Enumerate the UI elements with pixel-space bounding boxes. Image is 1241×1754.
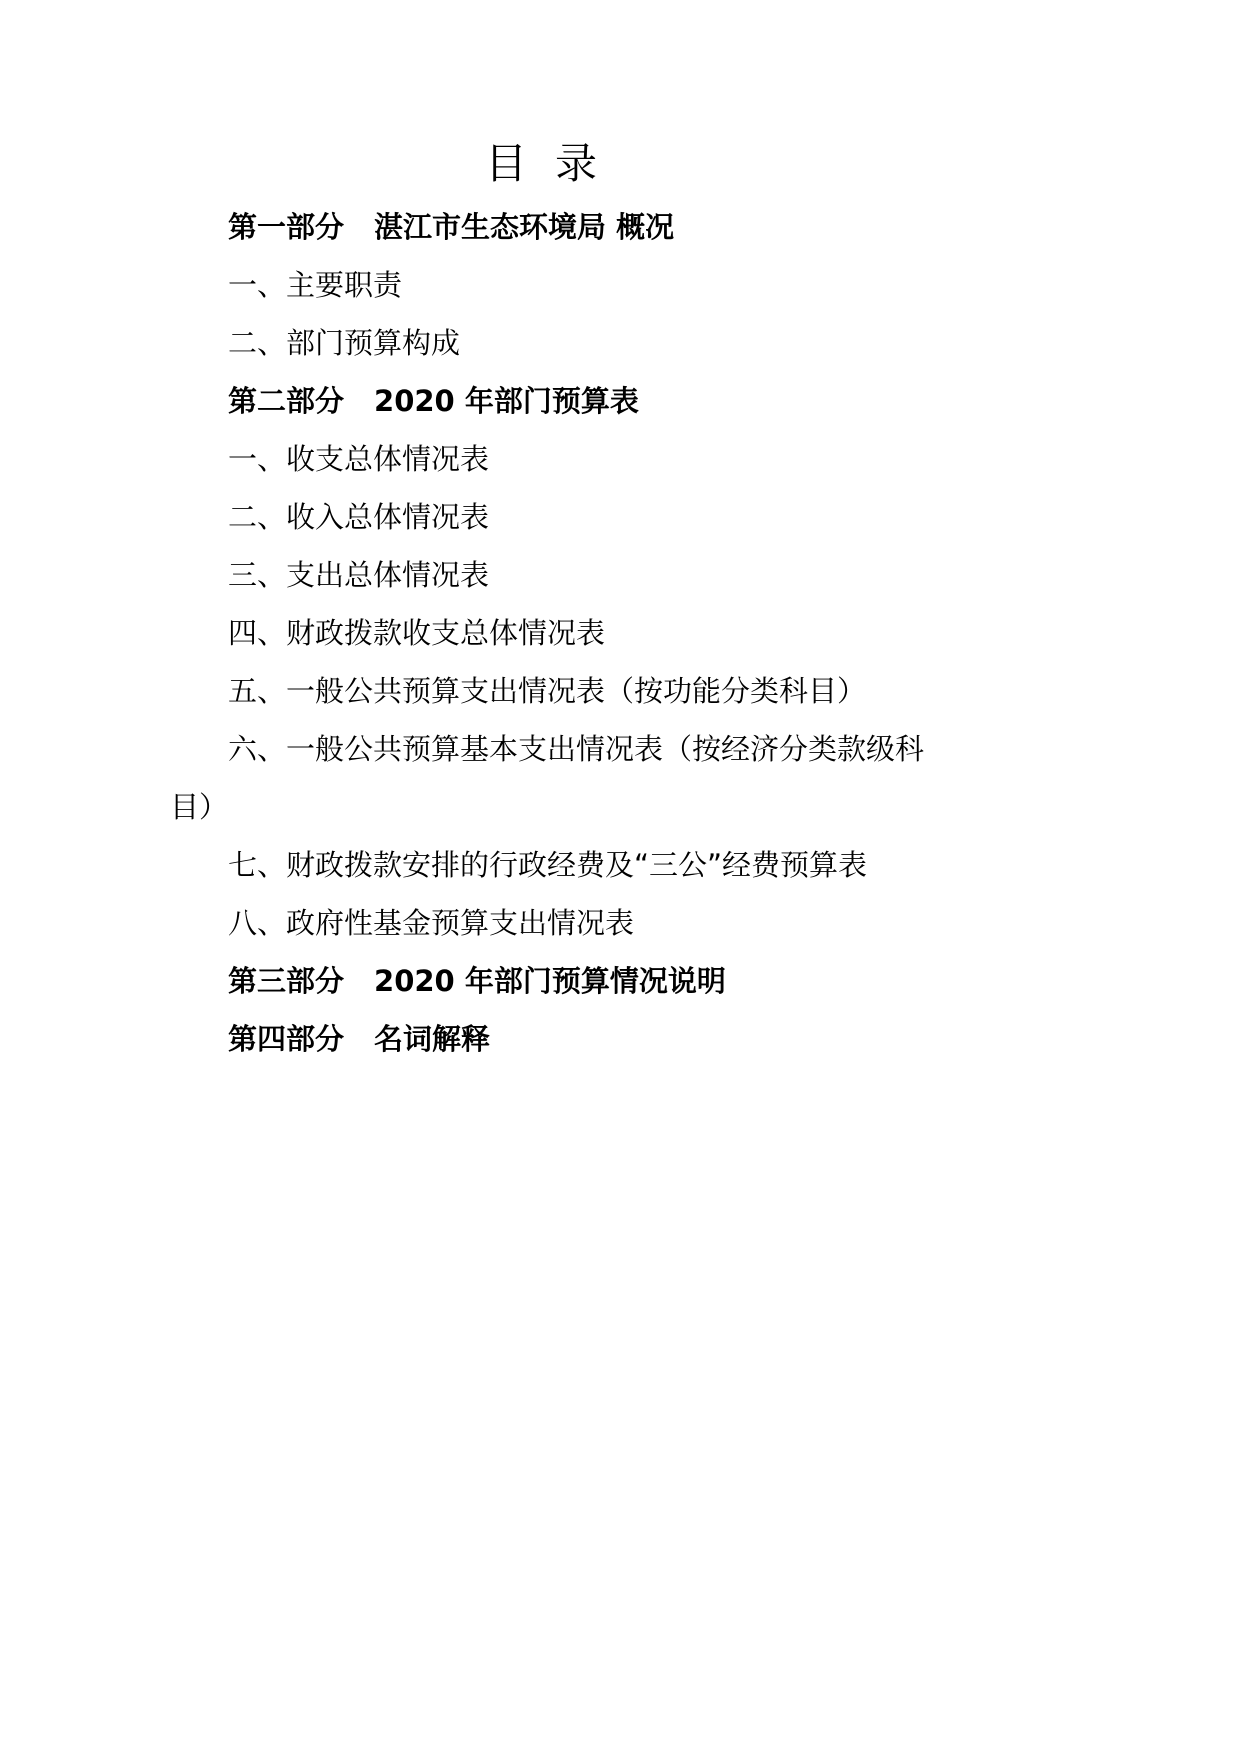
page-title: 目录 <box>0 136 1110 192</box>
toc-item-general-budget-by-function[interactable]: 五、一般公共预算支出情况表（按功能分类科目） <box>170 662 950 720</box>
toc-item-fiscal-appropriation[interactable]: 四、财政拨款收支总体情况表 <box>170 604 950 662</box>
toc-part-title: 湛江市生态环境局 概况 <box>374 210 674 244</box>
toc-item-government-fund[interactable]: 八、政府性基金预算支出情况表 <box>170 894 950 952</box>
toc-part-title: 名词解释 <box>374 1022 490 1056</box>
toc-item-three-public-expenses[interactable]: 七、财政拨款安排的行政经费及“三公”经费预算表 <box>170 836 950 894</box>
toc-part-title: 2020 年部门预算情况说明 <box>374 964 726 998</box>
toc-part-prefix: 第一部分 <box>228 210 344 244</box>
toc-item-expense-overview[interactable]: 三、支出总体情况表 <box>170 546 950 604</box>
toc-part-2[interactable]: 第二部分2020 年部门预算表 <box>170 372 950 430</box>
toc-part-prefix: 第四部分 <box>228 1022 344 1056</box>
toc-part-1[interactable]: 第一部分湛江市生态环境局 概况 <box>170 198 950 256</box>
toc-item-budget-composition[interactable]: 二、部门预算构成 <box>170 314 950 372</box>
toc-item-income-overview[interactable]: 二、收入总体情况表 <box>170 488 950 546</box>
toc-part-4[interactable]: 第四部分名词解释 <box>170 1010 950 1068</box>
table-of-contents: 第一部分湛江市生态环境局 概况 一、主要职责 二、部门预算构成 第二部分2020… <box>170 198 950 1068</box>
toc-part-title: 2020 年部门预算表 <box>374 384 639 418</box>
toc-part-3[interactable]: 第三部分2020 年部门预算情况说明 <box>170 952 950 1010</box>
document-page: 目录 第一部分湛江市生态环境局 概况 一、主要职责 二、部门预算构成 第二部分2… <box>0 0 1241 1754</box>
toc-part-prefix: 第二部分 <box>228 384 344 418</box>
toc-item-general-budget-basic-by-economic[interactable]: 六、一般公共预算基本支出情况表（按经济分类款级科目） <box>170 720 950 836</box>
toc-item-main-duties[interactable]: 一、主要职责 <box>170 256 950 314</box>
toc-item-income-expense-overview[interactable]: 一、收支总体情况表 <box>170 430 950 488</box>
toc-part-prefix: 第三部分 <box>228 964 344 998</box>
